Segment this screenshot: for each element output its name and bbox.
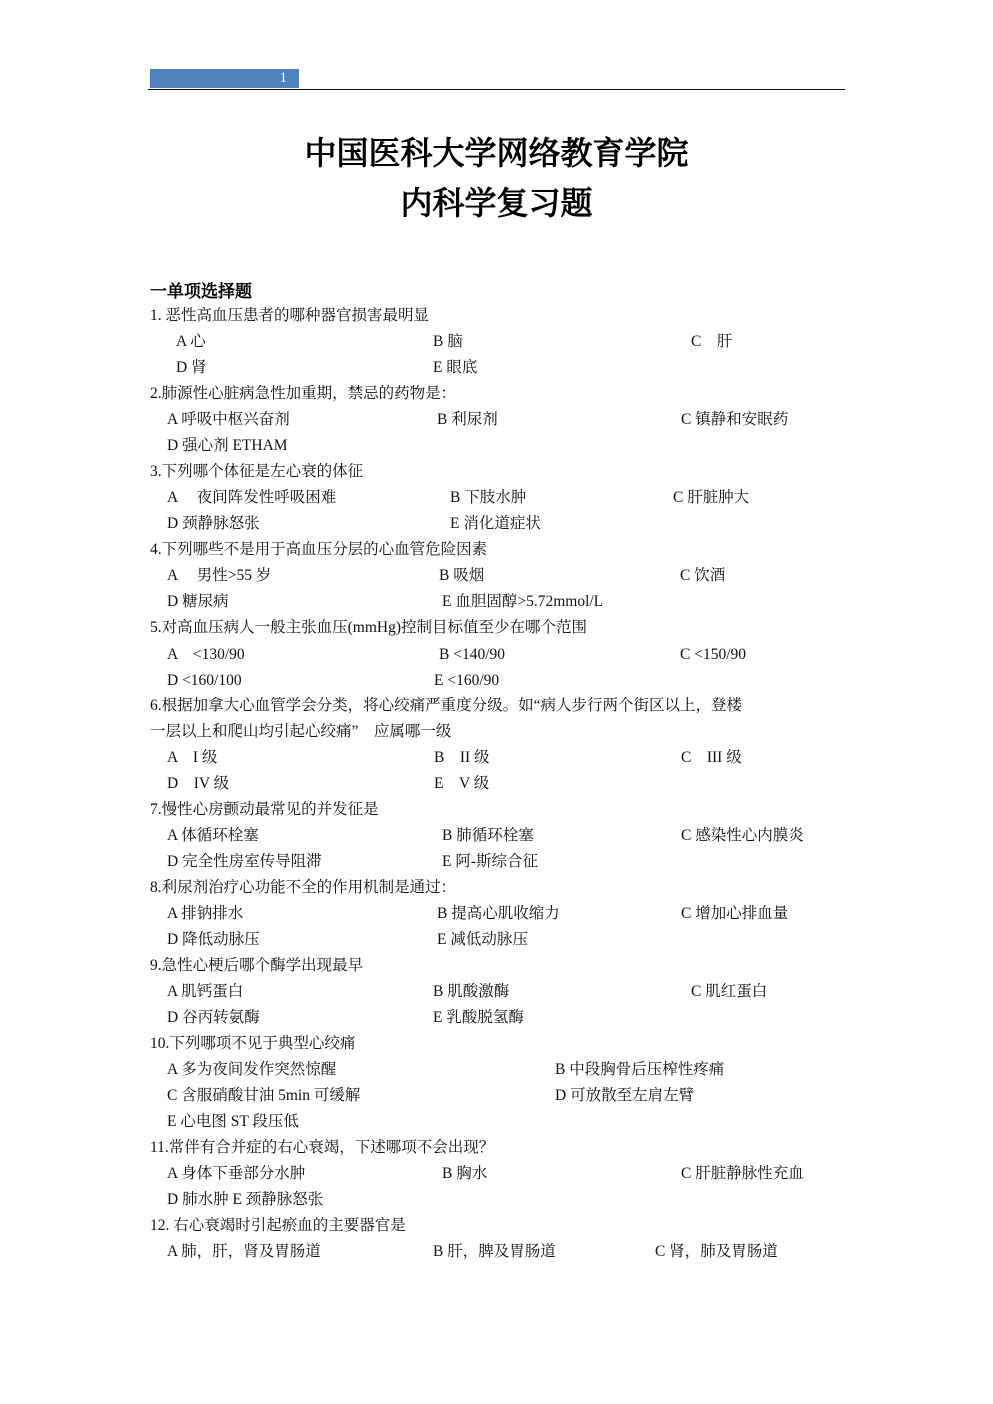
option: C 镇静和安眠药: [681, 410, 788, 430]
option: B 肺循环栓塞: [442, 826, 534, 846]
option: B <140/90: [439, 645, 505, 665]
option: D 强心剂 ETHAM: [167, 436, 288, 456]
page-number: 1: [280, 69, 288, 88]
option: B 利尿剂: [437, 410, 498, 430]
option: B II 级: [434, 748, 490, 768]
option: D 可放散至左肩左臂: [555, 1086, 694, 1106]
option: C 饮酒: [680, 566, 725, 586]
option: C 肝脏静脉性充血: [681, 1164, 804, 1184]
option: C 增加心排血量: [681, 904, 788, 924]
option: D 谷丙转氨酶: [167, 1008, 260, 1028]
option: A 体循环栓塞: [167, 826, 259, 846]
page-number-bar: 1: [150, 69, 299, 88]
option: A 呼吸中枢兴奋剂: [167, 410, 290, 430]
option: C 肌红蛋白: [691, 982, 767, 1002]
option: B 提高心肌收缩力: [437, 904, 560, 924]
option: D 肺水肿 E 颈静脉怒张: [167, 1190, 323, 1210]
option: C 肝脏肿大: [673, 488, 749, 508]
option: A 身体下垂部分水肿: [167, 1164, 305, 1184]
option: B 肌酸激酶: [433, 982, 509, 1002]
option: C III 级: [681, 748, 742, 768]
option: A 肌钙蛋白: [167, 982, 243, 1002]
option: A 肺，肝，肾及胃肠道: [167, 1242, 321, 1262]
question-11: 11.常伴有合并症的右心衰竭，下述哪项不会出现？: [150, 1138, 494, 1158]
section-heading: 一单项选择题: [150, 277, 252, 302]
option: D <160/100: [167, 671, 242, 691]
option: D 糖尿病: [167, 592, 229, 612]
question-9: 9.急性心梗后哪个酶学出现最早: [150, 956, 363, 976]
option: B 肝，脾及胃肠道: [433, 1242, 556, 1262]
question-7: 7.慢性心房颤动最常见的并发征是: [150, 800, 379, 820]
option: E 眼底: [433, 358, 477, 378]
question-6-continued: 一层以上和爬山均引起心绞痛” 应属哪一级: [150, 722, 451, 742]
document-page: 1 中国医科大学网络教育学院 内科学复习题 一单项选择题 1. 恶性高血压患者的…: [0, 0, 993, 1404]
option: B 胸水: [442, 1164, 487, 1184]
option: C 感染性心内膜炎: [681, 826, 804, 846]
document-subtitle: 内科学复习题: [0, 178, 993, 224]
question-2: 2.肺源性心脏病急性加重期，禁忌的药物是：: [150, 384, 456, 404]
option: A 排钠排水: [167, 904, 243, 924]
option: C 肝: [691, 332, 732, 352]
option: B 中段胸骨后压榨性疼痛: [555, 1060, 724, 1080]
option: C 含服硝酸甘油 5min 可缓解: [167, 1086, 360, 1106]
option: A 男性>55 岁: [167, 566, 271, 586]
question-12: 12. 右心衰竭时引起瘀血的主要器官是: [150, 1216, 406, 1236]
option: E 乳酸脱氢酶: [433, 1008, 524, 1028]
option: A 夜间阵发性呼吸困难: [167, 488, 336, 508]
option: E 血胆固醇>5.72mmol/L: [442, 592, 603, 612]
option: A 多为夜间发作突然惊醒: [167, 1060, 336, 1080]
option: D 完全性房室传导阻滞: [167, 852, 322, 872]
option: E V 级: [434, 774, 489, 794]
option: B 下肢水肿: [450, 488, 526, 508]
option: E 减低动脉压: [437, 930, 528, 950]
question-5: 5.对高血压病人一般主张血压(mmHg)控制目标值至少在哪个范围: [150, 618, 587, 638]
option: E 阿-斯综合征: [442, 852, 538, 872]
option: D 肾: [176, 358, 207, 378]
option: C 肾，肺及胃肠道: [655, 1242, 778, 1262]
document-title: 中国医科大学网络教育学院: [0, 128, 993, 174]
question-10: 10.下列哪项不见于典型心绞痛: [150, 1034, 355, 1054]
question-8: 8.利尿剂治疗心功能不全的作用机制是通过：: [150, 878, 456, 898]
option: B 吸烟: [439, 566, 484, 586]
header-rule: [148, 89, 845, 90]
option: E <160/90: [434, 671, 499, 691]
option: A I 级: [167, 748, 217, 768]
option: E 心电图 ST 段压低: [167, 1112, 299, 1132]
option: D IV 级: [167, 774, 229, 794]
question-4: 4.下列哪些不是用于高血压分层的心血管危险因素: [150, 540, 487, 560]
option: A 心: [176, 332, 206, 352]
option: D 颈静脉怒张: [167, 514, 260, 534]
option: C <150/90: [680, 645, 746, 665]
question-3: 3.下列哪个体征是左心衰的体征: [150, 462, 363, 482]
option: B 脑: [433, 332, 463, 352]
question-6: 6.根据加拿大心血管学会分类，将心绞痛严重度分级。如“病人步行两个街区以上，登楼: [150, 696, 742, 716]
option: E 消化道症状: [450, 514, 541, 534]
option: A <130/90: [167, 645, 245, 665]
question-1: 1. 恶性高血压患者的哪种器官损害最明显: [150, 306, 429, 326]
option: D 降低动脉压: [167, 930, 260, 950]
